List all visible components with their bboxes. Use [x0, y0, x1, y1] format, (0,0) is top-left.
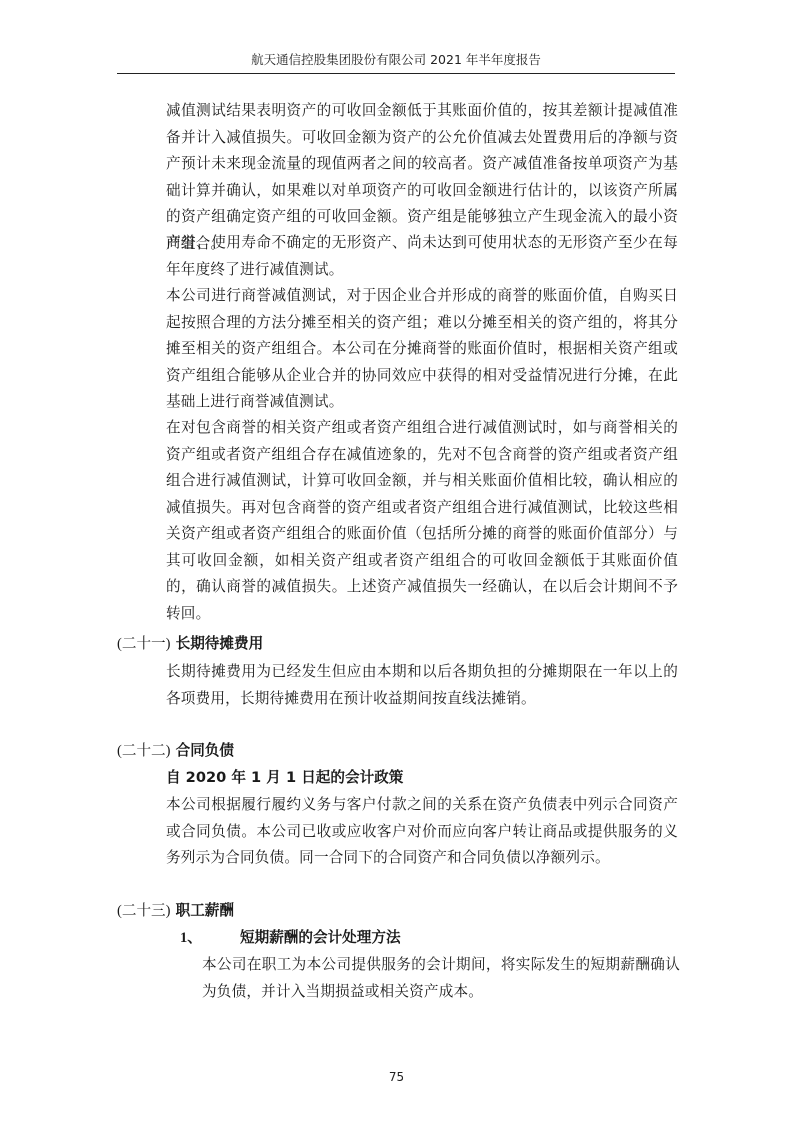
section-heading-contract-liabilities: (二十二) 合同负债 [117, 740, 234, 762]
goodwill-test-paragraph: 在对包含商誉的相关资产组或者资产组组合进行减值测试时，如与商誉相关的资产组或者资… [166, 415, 678, 627]
section-number: (二十一) [117, 636, 171, 652]
page-header: 航天通信控股集团股份有限公司 2021 年半年度报告 [117, 50, 675, 74]
impairment-paragraph-2: 商誉、使用寿命不确定的无形资产、尚未达到可使用状态的无形资产至少在每年年度终了进… [166, 230, 678, 283]
section-title: 职工薪酬 [176, 902, 234, 919]
short-term-compensation-heading: 1、短期薪酬的会计处理方法 [180, 927, 401, 949]
section-heading-employee-compensation: (二十三) 职工薪酬 [117, 900, 234, 922]
item-index: 1、 [180, 927, 240, 949]
report-title: 航天通信控股集团股份有限公司 2021 年半年度报告 [251, 52, 541, 67]
short-term-compensation-paragraph: 本公司在职工为本公司提供服务的会计期间，将实际发生的短期薪酬确认为负债，并计入当… [202, 952, 680, 1005]
section-title: 合同负债 [176, 742, 234, 759]
item-title: 短期薪酬的会计处理方法 [240, 929, 401, 946]
goodwill-paragraph: 本公司进行商誉减值测试，对于因企业合并形成的商誉的账面价值，自购买日起按照合理的… [166, 283, 678, 416]
section-number: (二十二) [117, 743, 171, 759]
long-term-prepaid-paragraph: 长期待摊费用为已经发生但应由本期和以后各期负担的分摊期限在一年以上的各项费用，长… [166, 659, 678, 712]
accounting-policy-subheading: 自 2020 年 1 月 1 日起的会计政策 [166, 767, 403, 789]
contract-liabilities-paragraph: 本公司根据履行履约义务与客户付款之间的关系在资产负债表中列示合同资产或合同负债。… [166, 792, 678, 872]
page-number: 75 [0, 1070, 793, 1084]
section-title: 长期待摊费用 [176, 635, 264, 652]
section-heading-long-term-prepaid: (二十一) 长期待摊费用 [117, 633, 263, 655]
section-number: (二十三) [117, 903, 171, 919]
